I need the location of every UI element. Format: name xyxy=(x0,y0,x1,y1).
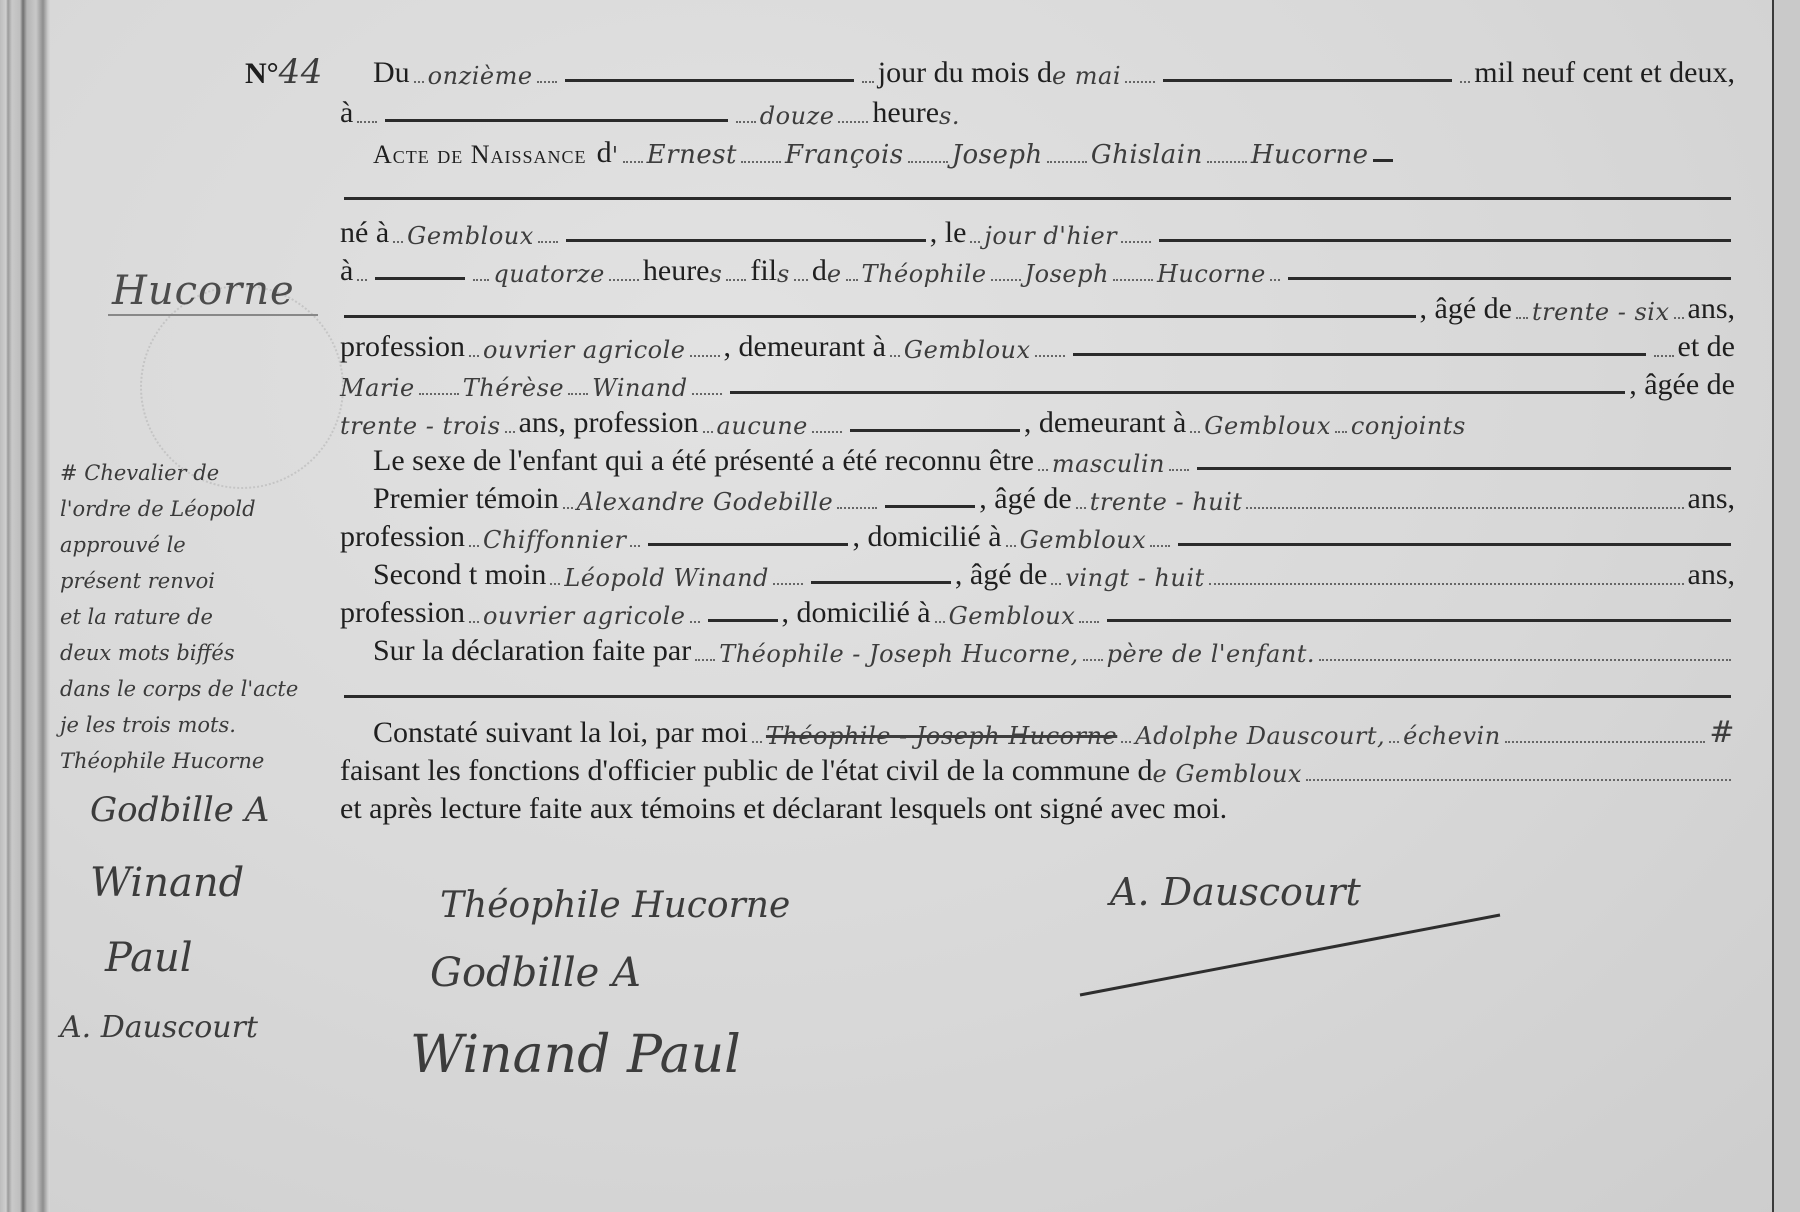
father-age-label: , âgé de xyxy=(1420,292,1512,326)
margin-surname-underline xyxy=(108,314,318,316)
child-given-name-1: Ernest xyxy=(647,140,737,170)
heure-suffix-2: s xyxy=(710,260,723,288)
officer-line: Constaté suivant la loi, par moi Théophi… xyxy=(373,712,1735,750)
birthplace-value: Gembloux xyxy=(407,222,534,250)
mother-demeurant-label: , demeurant à xyxy=(1024,406,1186,440)
ans-label: ans, xyxy=(1688,292,1736,326)
book-binding xyxy=(0,0,50,1212)
blank-line xyxy=(340,170,1735,208)
mother-age-label: , âgée de xyxy=(1629,368,1735,402)
constat-label: Constaté suivant la loi, par moi xyxy=(373,716,748,750)
et-de-label: et de xyxy=(1678,330,1735,364)
witness1-ans-label: ans, xyxy=(1688,482,1736,516)
birthplace-line: né à Gembloux , le jour d'hier xyxy=(340,212,1735,250)
witness1-profession-value: Chiffonnier xyxy=(483,526,626,554)
witness1-profession-label: profession xyxy=(340,520,465,554)
signature-declarant: Théophile Hucorne xyxy=(440,885,790,926)
page-edge xyxy=(1774,0,1800,1212)
witness1-residence-value: Gembloux xyxy=(1020,526,1147,554)
witness2-line: Second t moin Léopold Winand , âgé de vi… xyxy=(373,554,1735,592)
declaration-line: Sur la déclaration faite par Théophile -… xyxy=(373,630,1735,668)
child-given-name-4: Ghislain xyxy=(1091,140,1203,170)
name-prefix: ' xyxy=(612,142,619,170)
father-given-name-1: Théophile xyxy=(862,260,987,288)
margin-note-line: Théophile Hucorne xyxy=(60,743,310,779)
month-value: e mai xyxy=(1052,62,1121,90)
act-number: N°44 xyxy=(245,52,323,92)
margin-note-line: et la rature de xyxy=(60,599,310,635)
act-number-label: N° xyxy=(245,57,279,90)
heure-suffix: s. xyxy=(939,102,960,130)
margin-annotation: # Chevalier de l'ordre de Léopold approu… xyxy=(60,455,310,779)
witness2-profession-label: profession xyxy=(340,596,465,630)
sex-label: Le sexe de l'enfant qui a été présenté a… xyxy=(373,444,1034,478)
margin-signature-dauscourt: A. Dauscourt xyxy=(60,1010,258,1045)
declaration-label: Sur la déclaration faite par xyxy=(373,634,691,668)
blank-line-2 xyxy=(340,668,1735,706)
mother-given-name-2: Thérèse xyxy=(463,374,564,402)
day-value: onzième xyxy=(428,62,533,90)
margin-note-line: présent renvoi xyxy=(60,563,310,599)
closing-text: et après lecture faite aux témoins et dé… xyxy=(340,792,1227,826)
signature-witness1: Godbille A xyxy=(430,950,641,996)
father-residence-value: Gembloux xyxy=(904,336,1031,364)
demeurant-label: , demeurant à xyxy=(724,330,886,364)
margin-signature-paul: Paul xyxy=(105,935,193,981)
mother-profession-value: aucune xyxy=(717,412,808,440)
struck-text: Théophile - Joseph Hucorne xyxy=(766,722,1117,750)
date-line: Du onzième jour du mois d e mai mil neuf… xyxy=(373,52,1735,90)
month-label: jour du mois d xyxy=(878,56,1052,90)
mother-age-value: trente - trois xyxy=(340,412,501,440)
mother-surname: Winand xyxy=(592,374,688,402)
birth-hour-line: à quatorze heures fils de Théophile Jose… xyxy=(340,250,1735,288)
heure-label: heure xyxy=(872,96,939,130)
parents-status-value: conjoints xyxy=(1351,412,1466,440)
officer-title-value: échevin xyxy=(1403,722,1501,750)
de-label: d xyxy=(812,254,827,288)
witness2-age-value: vingt - huit xyxy=(1065,564,1204,592)
sex-line: Le sexe de l'enfant qui a été présenté a… xyxy=(373,440,1735,478)
declarant-value: Théophile - Joseph Hucorne, xyxy=(719,640,1078,668)
father-age-line: , âgé de trente - six ans, xyxy=(340,288,1735,326)
mother-profession-label: ans, profession xyxy=(519,406,699,440)
act-title: Acte de Naissance xyxy=(373,140,587,170)
witness2-ans-label: ans, xyxy=(1688,558,1736,592)
birth-hour-value: quatorze xyxy=(493,260,605,288)
renvoi-marker: # xyxy=(1709,715,1735,750)
at-label: à xyxy=(340,254,353,288)
father-profession-value: ouvrier agricole xyxy=(483,336,686,364)
fils-suffix: s xyxy=(777,260,790,288)
margin-note-line: l'ordre de Léopold xyxy=(60,491,310,527)
birth-date-value: jour d'hier xyxy=(984,222,1117,250)
witness1-name-value: Alexandre Godebille xyxy=(577,488,833,516)
mother-name-line: Marie Thérèse Winand , âgée de xyxy=(340,364,1735,402)
year-text: mil neuf cent et deux, xyxy=(1474,56,1735,90)
act-number-value: 44 xyxy=(279,52,323,92)
officer-name-value: Adolphe Dauscourt, xyxy=(1135,722,1385,750)
margin-surname: Hucorne xyxy=(112,268,295,314)
father-age-value: trente - six xyxy=(1532,298,1670,326)
profession-label: profession xyxy=(340,330,465,364)
a-label: à xyxy=(340,96,353,130)
hour-value: douze xyxy=(760,102,835,130)
father-given-name-2: Joseph xyxy=(1025,260,1109,288)
born-label: né à xyxy=(340,216,389,250)
margin-signature-winand: Winand xyxy=(90,860,244,906)
hour-line: à douze heures. xyxy=(340,92,960,130)
father-profession-line: profession ouvrier agricole , demeurant … xyxy=(340,326,1735,364)
heure-label-2: heure xyxy=(643,254,710,288)
witness1-label: Premier témoin xyxy=(373,482,559,516)
margin-note-line: # Chevalier de xyxy=(60,455,310,491)
witness1-age-value: trente - huit xyxy=(1090,488,1243,516)
witness2-profession-value: ouvrier agricole xyxy=(483,602,686,630)
mother-given-name-1: Marie xyxy=(340,374,415,402)
child-name-line: Acte de Naissance d ' Ernest François Jo… xyxy=(373,132,1735,170)
margin-note-line: deux mots biffés xyxy=(60,635,310,671)
witness2-residence-value: Gembloux xyxy=(949,602,1076,630)
margin-note-line: approuvé le xyxy=(60,527,310,563)
register-page: N°44 Du onzième jour du mois d e mai mil… xyxy=(0,0,1800,1212)
de-suffix: e xyxy=(827,260,842,288)
mother-residence-value: Gembloux xyxy=(1204,412,1331,440)
witness2-label: Second t moin xyxy=(373,558,546,592)
witness1-profession-line: profession Chiffonnier , domicilié à Gem… xyxy=(340,516,1735,554)
functions-label: faisant les fonctions d'officier public … xyxy=(340,754,1153,788)
witness2-profession-line: profession ouvrier agricole , domicilié … xyxy=(340,592,1735,630)
d-label: d xyxy=(597,136,612,170)
declarant-relation-value: père de l'enfant. xyxy=(1107,640,1315,668)
child-given-name-2: François xyxy=(785,140,904,170)
witness2-residence-label: , domicilié à xyxy=(782,596,931,630)
commune-line: faisant les fonctions d'officier public … xyxy=(340,750,1735,788)
witness1-age-label: , âgé de xyxy=(979,482,1071,516)
margin-signature-godbille: Godbille A xyxy=(90,790,269,830)
witness2-name-value: Léopold Winand xyxy=(564,564,769,592)
witness1-line: Premier témoin Alexandre Godebille , âgé… xyxy=(373,478,1735,516)
witness2-age-label: , âgé de xyxy=(955,558,1047,592)
fils-label: fil xyxy=(750,254,777,288)
signature-witness2: Winand Paul xyxy=(410,1025,741,1085)
closing-line: et après lecture faite aux témoins et dé… xyxy=(340,788,1735,826)
du-label: Du xyxy=(373,56,410,90)
commune-value: e Gembloux xyxy=(1153,760,1302,788)
father-surname: Hucorne xyxy=(1157,260,1266,288)
le-label: , le xyxy=(930,216,967,250)
mother-age-line: trente - trois ans, profession aucune , … xyxy=(340,402,1735,440)
margin-note-line: je les trois mots. xyxy=(60,707,310,743)
officer-signature-flourish xyxy=(1070,895,1510,1005)
child-given-name-3: Joseph xyxy=(952,140,1043,170)
sex-value: masculin xyxy=(1052,450,1165,478)
margin-note-line: dans le corps de l'acte xyxy=(60,671,310,707)
witness1-residence-label: , domicilié à xyxy=(852,520,1001,554)
child-surname: Hucorne xyxy=(1251,140,1369,170)
